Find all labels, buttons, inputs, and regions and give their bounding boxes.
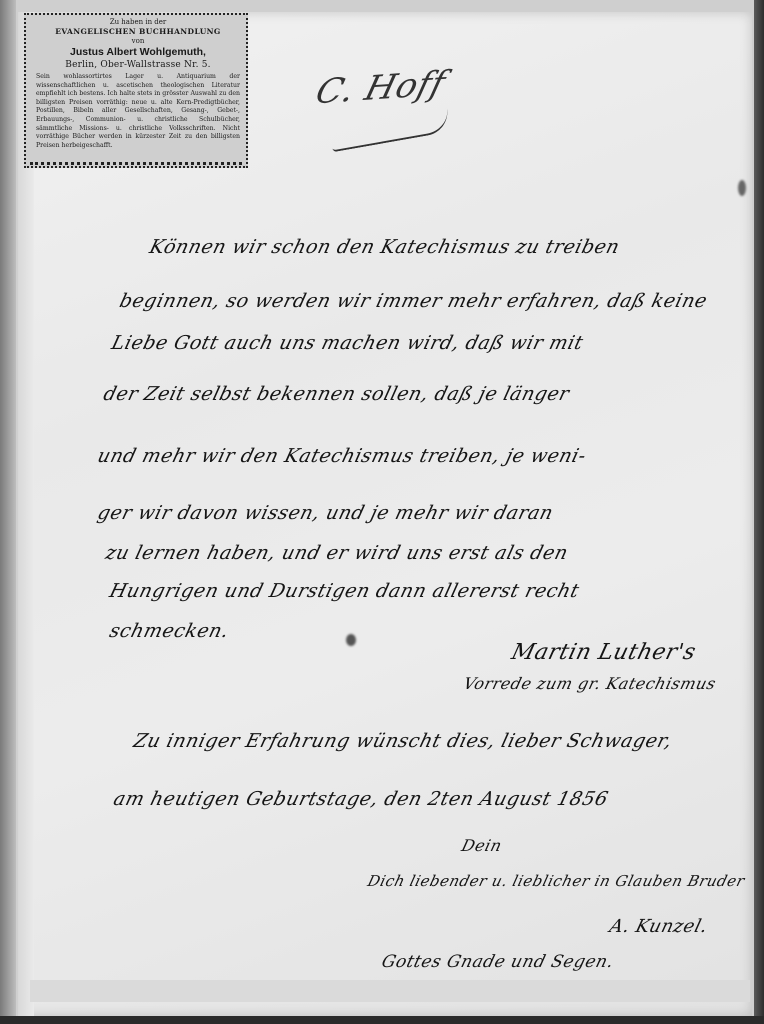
label-bookshop-name: EVANGELISCHEN BUCHHANDLUNG: [36, 27, 240, 37]
dedication-line-2: am heutigen Geburtstage, den 2ten August…: [111, 788, 610, 810]
closing-signature: A. Kunzel.: [607, 916, 710, 937]
attribution-subtitle: Vorrede zum gr. Katechismus: [462, 674, 718, 693]
label-owner-name: Justus Albert Wohlgemuth,: [36, 46, 240, 59]
closing-dein: Dein: [460, 836, 504, 855]
closing-line-2: Gottes Gnade und Segen.: [380, 952, 616, 972]
label-line-von: von: [36, 37, 240, 46]
edge-stain: [738, 180, 746, 196]
body-line-5: und mehr wir den Katechismus treiben, je…: [95, 445, 588, 467]
closing-line-1: Dich liebender u. lieblicher in Glauben …: [366, 872, 747, 890]
label-body-text: Sein wohlassortirtes Lager u. Antiquariu…: [36, 73, 240, 150]
body-line-9: schmecken.: [107, 620, 231, 642]
scanner-left-shadow: [0, 0, 16, 1024]
attribution-name: Martin Luther's: [509, 640, 699, 665]
body-line-6: ger wir davon wissen, und je mehr wir da…: [95, 502, 555, 524]
dedication-line-1: Zu inniger Erfahrung wünscht dies, liebe…: [131, 730, 674, 752]
body-line-2: beginnen, so werden wir immer mehr erfah…: [117, 290, 709, 312]
scanner-right-edge: [754, 0, 764, 1024]
body-line-4: der Zeit selbst bekennen sollen, daß je …: [101, 383, 571, 405]
ink-blot: [346, 634, 356, 646]
body-line-3: Liebe Gott auch uns machen wird, daß wir…: [109, 332, 585, 354]
scanned-document: Zu haben in der EVANGELISCHEN BUCHHANDLU…: [0, 0, 764, 1024]
scanner-bottom-edge: [0, 1016, 764, 1024]
label-address: Berlin, Ober-Wallstrasse Nr. 5.: [36, 59, 240, 71]
label-line-1: Zu haben in der: [36, 18, 240, 27]
body-line-8: Hungrigen und Durstigen dann allererst r…: [107, 580, 581, 602]
paper-bottom-fold: [30, 980, 750, 1002]
body-line-7: zu lernen haben, und er wird uns erst al…: [103, 542, 570, 564]
bookseller-label: Zu haben in der EVANGELISCHEN BUCHHANDLU…: [24, 13, 248, 168]
body-line-1: Können wir schon den Katechismus zu trei…: [147, 236, 622, 258]
label-ornament-border: [30, 156, 242, 165]
